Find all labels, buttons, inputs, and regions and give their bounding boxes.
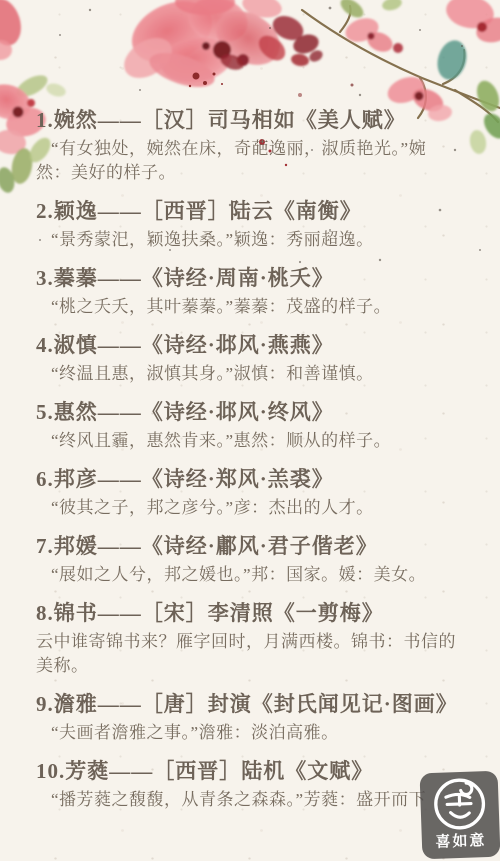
entry-heading: 2.颖逸——［西晋］陆云《南衡》 [36,197,460,225]
cloud-seal-icon [430,774,490,834]
entry-note: “景秀蒙汜，颖逸扶桑。”颖逸：秀丽超逸。 [36,228,460,252]
list-item: 8.锦书——［宋］李清照《一剪梅》 云中谁寄锦书来？雁字回时，月满西楼。锦书：书… [36,599,460,678]
entry-heading: 6.邦彦——《诗经·郑风·羔裘》 [36,465,460,493]
page: 1.婉然——［汉］司马相如《美人赋》 “有女独处，婉然在床，奇葩逸丽，淑质艳光。… [0,0,500,861]
entry-heading: 3.蓁蓁——《诗经·周南·桃夭》 [36,264,460,292]
list-item: 4.淑慎——《诗经·邶风·燕燕》 “终温且惠，淑慎其身。”淑慎：和善谨慎。 [36,331,460,386]
entry-note: “有女独处，婉然在床，奇葩逸丽，淑质艳光。”婉然：美好的样子。 [36,137,460,185]
entry-note: “彼其之子，邦之彦兮。”彦：杰出的人才。 [36,496,460,520]
watermark-text: 喜如意 [435,829,487,852]
list-item: 9.澹雅——［唐］封演《封氏闻见记·图画》 “夫画者澹雅之事。”澹雅：淡泊高雅。 [36,690,460,745]
entry-note: “终风且霾，惠然肯来。”惠然：顺从的样子。 [36,429,460,453]
entry-heading: 4.淑慎——《诗经·邶风·燕燕》 [36,331,460,359]
entry-heading: 7.邦媛——《诗经·鄘风·君子偕老》 [36,532,460,560]
entry-note: “展如之人兮，邦之媛也。”邦：国家。媛：美女。 [36,563,460,587]
entry-heading: 5.惠然——《诗经·邶风·终风》 [36,398,460,426]
list-item: 7.邦媛——《诗经·鄘风·君子偕老》 “展如之人兮，邦之媛也。”邦：国家。媛：美… [36,532,460,587]
word-list: 1.婉然——［汉］司马相如《美人赋》 “有女独处，婉然在床，奇葩逸丽，淑质艳光。… [36,94,460,812]
list-item: 10.芳蕤——［西晋］陆机《文赋》 “播芳蕤之馥馥，从青条之森森。”芳蕤：盛开而… [36,757,460,812]
entry-note: “桃之夭夭，其叶蓁蓁。”蓁蓁：茂盛的样子。 [36,295,460,319]
list-item: 3.蓁蓁——《诗经·周南·桃夭》 “桃之夭夭，其叶蓁蓁。”蓁蓁：茂盛的样子。 [36,264,460,319]
list-item: 6.邦彦——《诗经·郑风·羔裘》 “彼其之子，邦之彦兮。”彦：杰出的人才。 [36,465,460,520]
main-flower-cluster [117,0,325,94]
entry-heading: 1.婉然——［汉］司马相如《美人赋》 [36,106,460,134]
list-item: 2.颖逸——［西晋］陆云《南衡》 “景秀蒙汜，颖逸扶桑。”颖逸：秀丽超逸。 [36,197,460,252]
entry-note: “播芳蕤之馥馥，从青条之森森。”芳蕤：盛开而下 [36,788,460,812]
list-item: 1.婉然——［汉］司马相如《美人赋》 “有女独处，婉然在床，奇葩逸丽，淑质艳光。… [36,106,460,185]
list-item: 5.惠然——《诗经·邶风·终风》 “终风且霾，惠然肯来。”惠然：顺从的样子。 [36,398,460,453]
entry-heading: 10.芳蕤——［西晋］陆机《文赋》 [36,757,460,785]
entry-heading: 9.澹雅——［唐］封演《封氏闻见记·图画》 [36,690,460,718]
watermark-seal: 喜如意 [420,771,500,860]
entry-note: “终温且惠，淑慎其身。”淑慎：和善谨慎。 [36,362,460,386]
entry-heading: 8.锦书——［宋］李清照《一剪梅》 [36,599,460,627]
entry-note: “夫画者澹雅之事。”澹雅：淡泊高雅。 [36,721,460,745]
entry-note: 云中谁寄锦书来？雁字回时，月满西楼。锦书：书信的美称。 [36,630,460,678]
